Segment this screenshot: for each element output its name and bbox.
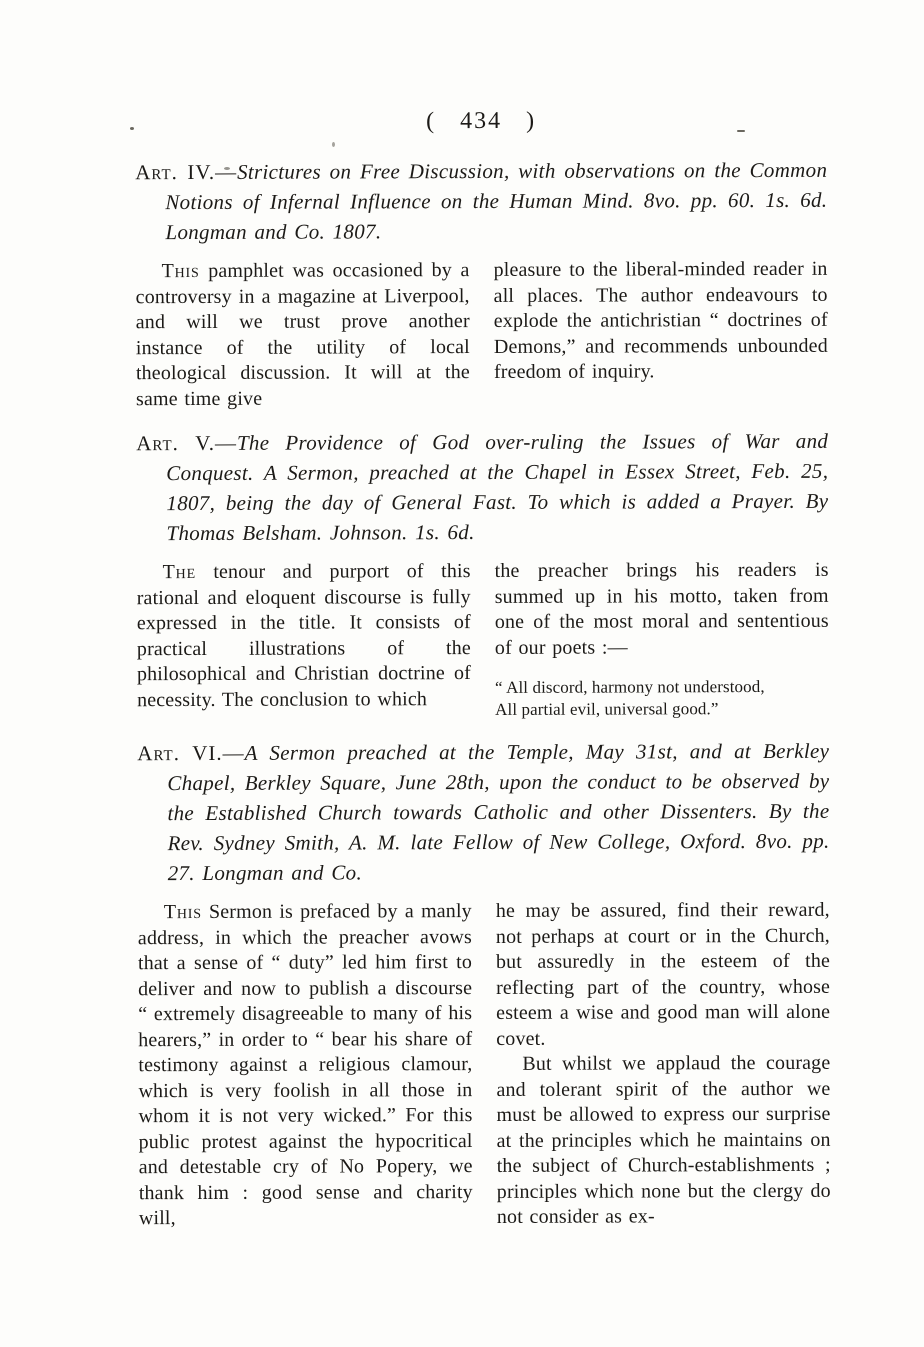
article-iv-columns: This pamphlet was occasioned by a contro…	[136, 257, 829, 412]
article-vi-right-column: he may be assured, find their reward, no…	[496, 898, 831, 1231]
article-iv-right-column: pleasure to the liberal-minded reader in…	[494, 257, 829, 411]
paragraph-lead-word: This	[162, 260, 200, 282]
article-vi-title: A Sermon preached at the Temple, May 31s…	[167, 739, 829, 885]
article-vi-left-paragraph: This Sermon is prefaced by a manly addre…	[138, 899, 473, 1232]
article-v-title: The Providence of God over-ruling the Is…	[166, 429, 828, 545]
article-iv-label: Art. IV.—	[135, 160, 237, 184]
article-v-heading: Art. V.—The Providence of God over-rulin…	[136, 426, 828, 548]
article-v-right-column: the preacher brings his readers is summe…	[495, 558, 830, 721]
page-content: ( 434 ) Art. IV.—Strictures on Free Disc…	[135, 105, 831, 1248]
article-vi-right-paragraph-1: he may be assured, find their reward, no…	[496, 898, 831, 1052]
article-vi-label: Art. VI.—	[137, 741, 244, 765]
article-iv-heading: Art. IV.—Strictures on Free Discussion, …	[135, 155, 827, 247]
article-v-left-column: The tenour and purport of this rational …	[137, 559, 472, 722]
article-iv-left-paragraph: This pamphlet was occasioned by a contro…	[136, 258, 471, 412]
article-iv-right-paragraph: pleasure to the liberal-minded reader in…	[494, 257, 828, 386]
article-v-right-paragraph: the preacher brings his readers is summe…	[495, 558, 829, 661]
article-v-columns: The tenour and purport of this rational …	[137, 558, 830, 722]
article-vi-left-column: This Sermon is prefaced by a manly addre…	[138, 899, 473, 1232]
article-vi-right-paragraph-2: But whilst we applaud the courage and to…	[496, 1051, 831, 1231]
article-vi-heading: Art. VI.—A Sermon preached at the Temple…	[137, 736, 830, 888]
article-v-section: Art. V.—The Providence of God over-rulin…	[136, 426, 829, 722]
article-iv-left-column: This pamphlet was occasioned by a contro…	[136, 258, 471, 412]
paragraph-body: Sermon is prefaced by a manly address, i…	[138, 900, 473, 1229]
paragraph-lead-word: This	[164, 901, 202, 923]
article-iv-title: Strictures on Free Discussion, with obse…	[165, 158, 827, 244]
page-number: ( 434 )	[135, 105, 827, 137]
verse-quotation: “ All discord, harmony not understood, A…	[495, 676, 829, 721]
article-vi-section: Art. VI.—A Sermon preached at the Temple…	[137, 736, 831, 1232]
scan-speckle	[130, 127, 134, 130]
article-vi-columns: This Sermon is prefaced by a manly addre…	[138, 898, 831, 1232]
article-iv-section: Art. IV.—Strictures on Free Discussion, …	[135, 155, 828, 412]
article-v-left-paragraph: The tenour and purport of this rational …	[137, 559, 472, 713]
article-v-label: Art. V.—	[136, 431, 237, 455]
paragraph-lead-word: The	[163, 561, 196, 583]
scanned-document-page: ( 434 ) Art. IV.—Strictures on Free Disc…	[0, 0, 924, 1347]
